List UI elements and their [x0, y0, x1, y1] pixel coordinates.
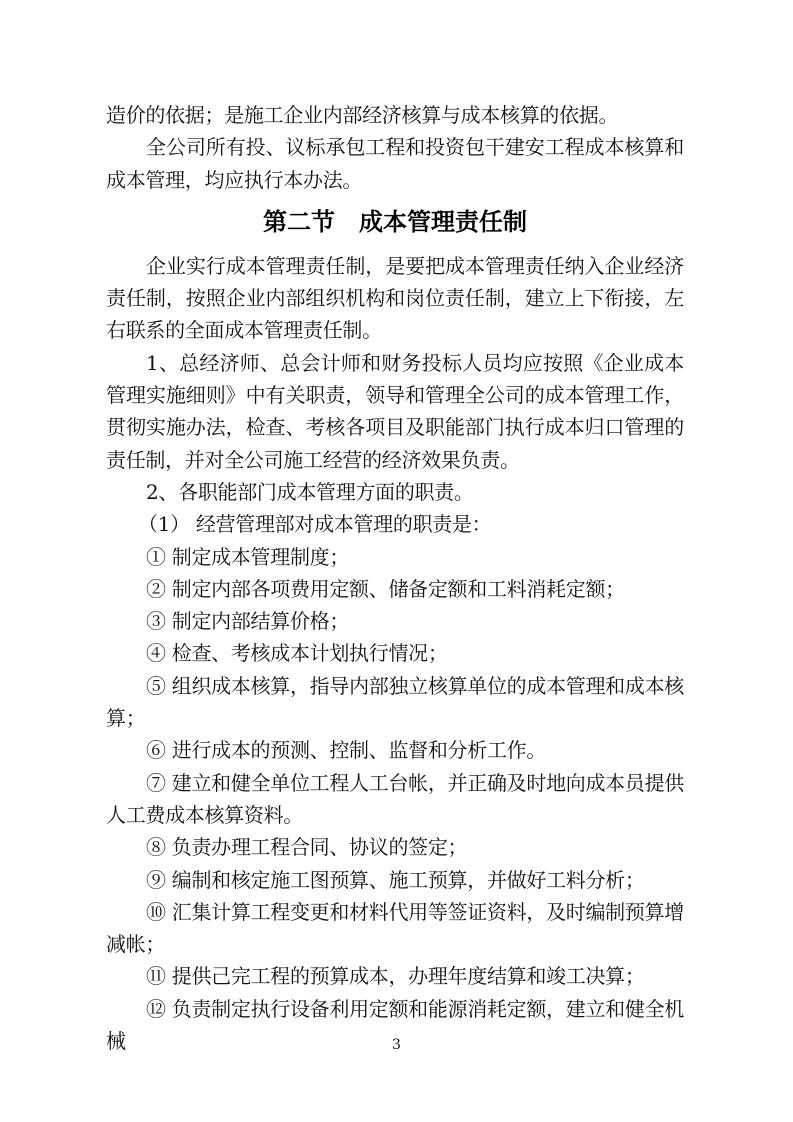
list-item-7: ⑦ 建立和健全单位工程人工台帐，并正确及时地向成本员提供人工费成本核算资料。 — [106, 767, 684, 832]
paragraph-sub-1: （1） 经营管理部对成本管理的职责是： — [106, 508, 684, 540]
list-item-6: ⑥ 进行成本的预测、控制、监督和分析工作。 — [106, 734, 684, 766]
list-item-4: ④ 检查、考核成本计划执行情况； — [106, 637, 684, 669]
paragraph-continuation: 造价的依据；是施工企业内部经济核算与成本核算的依据。 — [106, 99, 684, 131]
list-item-3: ③ 制定内部结算价格； — [106, 605, 684, 637]
page-number: 3 — [392, 1037, 401, 1053]
paragraph-numbered-2: 2、各职能部门成本管理方面的职责。 — [106, 476, 684, 508]
paragraph: 企业实行成本管理责任制，是要把成本管理责任纳入企业经济责任制，按照企业内部组织机… — [106, 250, 684, 347]
paragraph-numbered-1: 1、总经济师、总会计师和财务投标人员均应按照《企业成本管理实施细则》中有关职责，… — [106, 347, 684, 476]
paragraph: 全公司所有投、议标承包工程和投资包干建安工程成本核算和成本管理，均应执行本办法。 — [106, 131, 684, 196]
list-item-5: ⑤ 组织成本核算，指导内部独立核算单位的成本管理和成本核算； — [106, 670, 684, 735]
list-item-11: ⑪ 提供己完工程的预算成本，办理年度结算和竣工决算； — [106, 960, 684, 992]
list-item-1: ① 制定成本管理制度； — [106, 541, 684, 573]
document-body: 造价的依据；是施工企业内部经济核算与成本核算的依据。 全公司所有投、议标承包工程… — [106, 0, 684, 1057]
list-item-8: ⑧ 负责办理工程合同、协议的签定； — [106, 831, 684, 863]
list-item-10: ⑩ 汇集计算工程变更和材料代用等签证资料，及时编制预算增减帐； — [106, 896, 684, 961]
section-heading: 第二节 成本管理责任制 — [106, 204, 684, 240]
page-footer: 3 — [0, 1036, 793, 1054]
document-page: 造价的依据；是施工企业内部经济核算与成本核算的依据。 全公司所有投、议标承包工程… — [0, 0, 793, 1122]
list-item-9: ⑨ 编制和核定施工图预算、施工预算，并做好工料分析； — [106, 864, 684, 896]
list-item-2: ② 制定内部各项费用定额、储备定额和工料消耗定额； — [106, 573, 684, 605]
